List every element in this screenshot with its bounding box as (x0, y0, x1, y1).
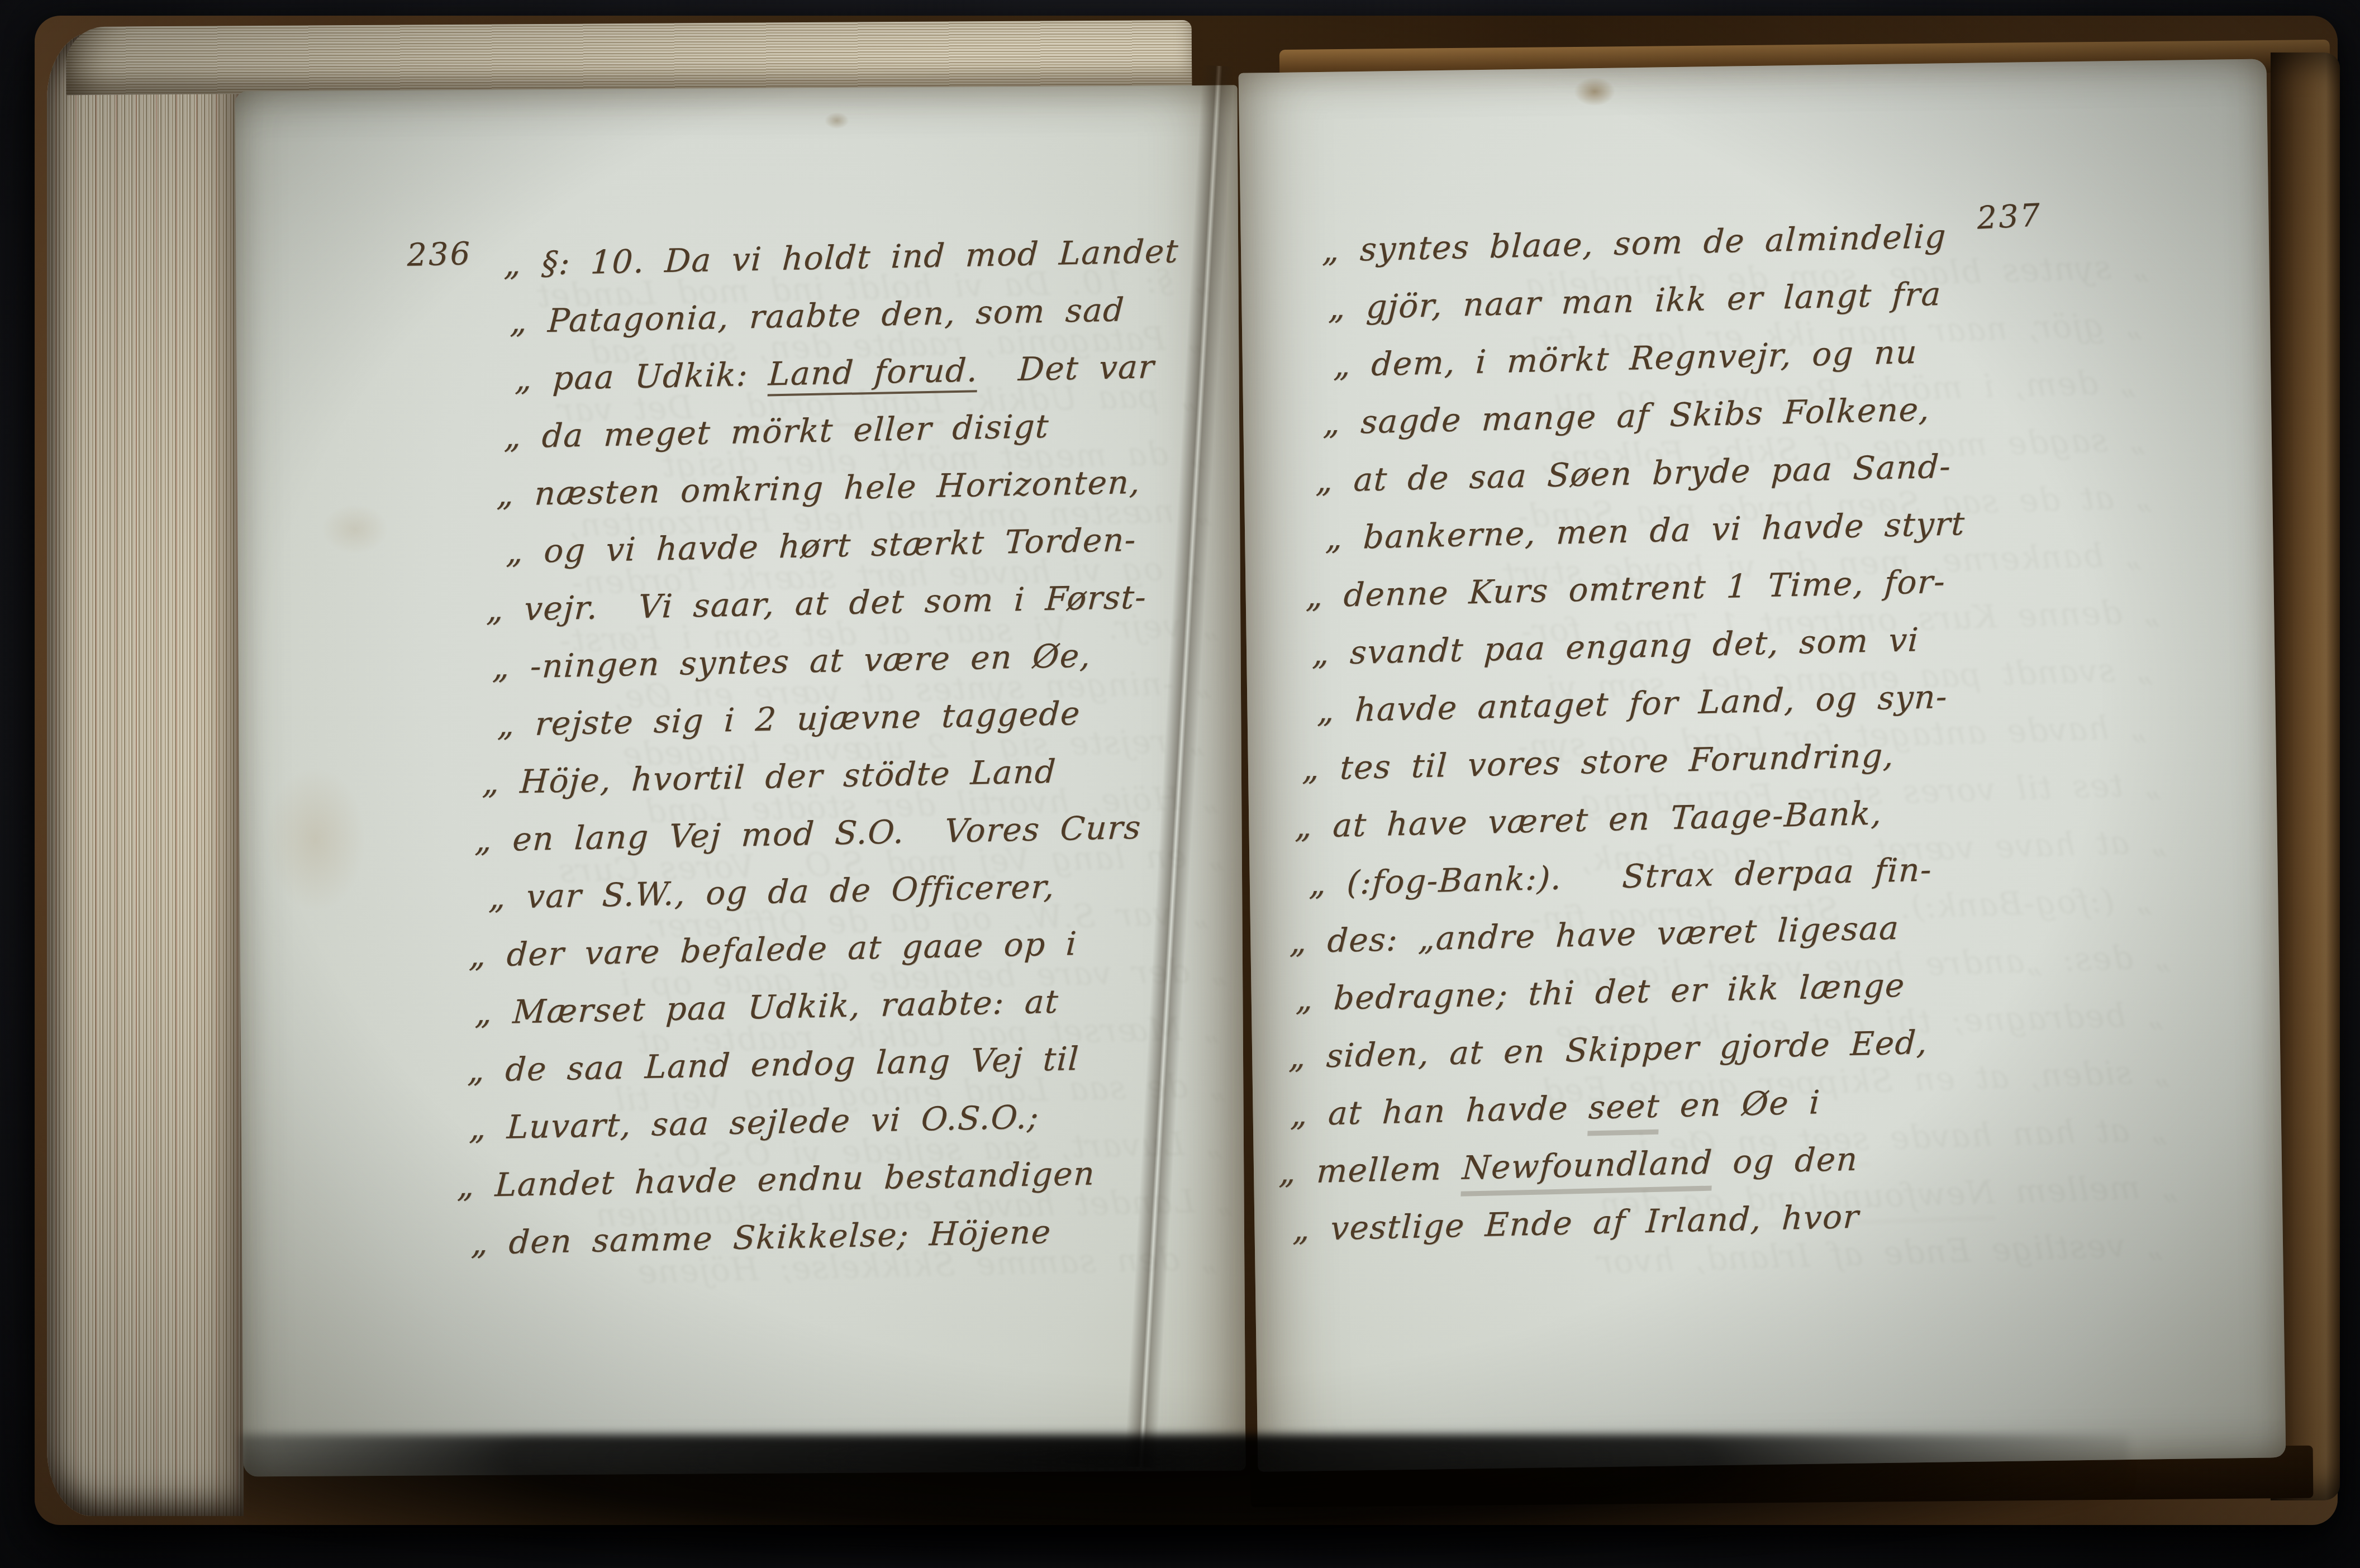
line-text: en Øe i (1659, 1083, 1821, 1125)
line-text: og den (1712, 1140, 1859, 1181)
right-page-text: „ syntes blaae, som de almindelig„ gjör,… (1275, 203, 2162, 1259)
underlined-text: Land forud. (767, 351, 979, 396)
underlined-text: seet (1587, 1087, 1661, 1136)
stain (265, 766, 367, 912)
line-text: „ paa Udkik: (514, 355, 769, 398)
left-page: „ §: 10. Da vi holdt ind mod Landet„ Pat… (235, 85, 1245, 1477)
page-edges-left (47, 32, 244, 1516)
stain (321, 504, 389, 555)
stain (825, 112, 849, 129)
line-text: „ mellem (1278, 1149, 1463, 1192)
underlined-text: Newfoundland (1461, 1143, 1714, 1196)
left-page-text: „ §: 10. Da vi holdt ind mod Landet„ Pat… (453, 220, 1333, 1272)
photograph-background: „ §: 10. Da vi holdt ind mod Landet„ Pat… (0, 0, 2360, 1568)
stain (1574, 77, 1616, 107)
page-number-left: 236 (406, 236, 472, 274)
line-text: „ at han havde (1290, 1088, 1590, 1133)
page-edges-top (66, 20, 1192, 95)
right-page: „ syntes blaae, som de almindelig„ gjör,… (1239, 59, 2286, 1471)
line-text: Det var (977, 347, 1155, 389)
